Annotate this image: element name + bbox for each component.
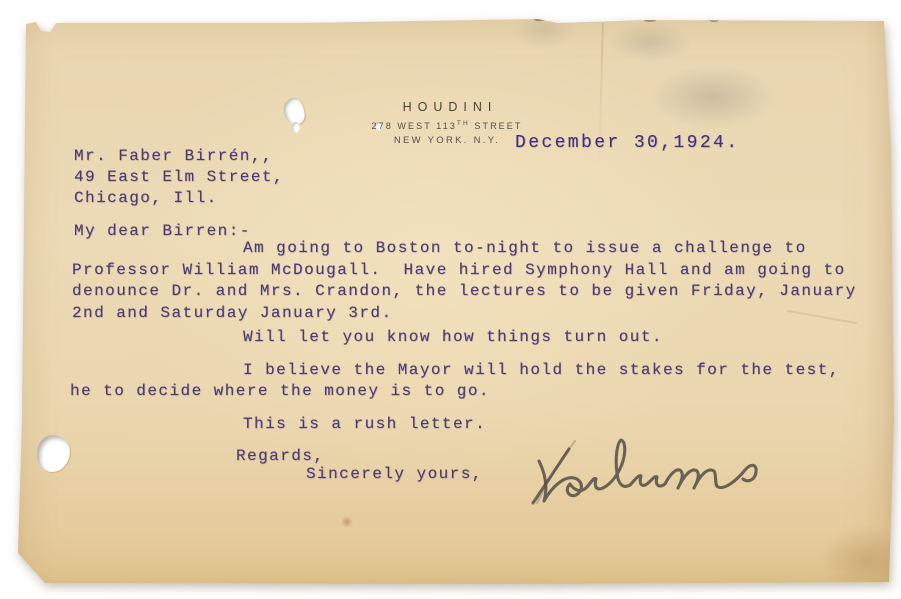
date-line: December 30,1924. — [515, 133, 739, 153]
body-line: I believe the Mayor will hold the stakes… — [243, 361, 840, 379]
letterhead-street: 278 WEST 113TH STREET — [347, 120, 547, 131]
body-line: This is a rush letter. — [243, 415, 486, 433]
body-line: Will let you know how things turn out. — [243, 328, 663, 346]
body-line: he to decide where the money is to go. — [70, 382, 490, 400]
houdini-signature — [495, 423, 815, 528]
body-line: denounce Dr. and Mrs. Crandon, the lectu… — [72, 282, 857, 300]
salutation: My dear Birren:- — [74, 222, 251, 240]
closing-valediction: Sincerely yours, — [306, 465, 483, 483]
body-line: Am going to Boston to-night to issue a c… — [243, 239, 807, 257]
punched-hole — [37, 435, 70, 472]
recipient-city: Chicago, Ill. — [74, 189, 218, 207]
letter-paper-wrap: HOUDINI 278 WEST 113TH STREET NEW YORK. … — [0, 0, 901, 599]
edge-mark — [534, 15, 550, 22]
recipient-street: 49 East Elm Street, — [74, 168, 284, 186]
body-line: 2nd and Saturday January 3rd. — [72, 304, 393, 322]
closing-regards: Regards, — [236, 447, 324, 465]
recipient-name: Mr. Faber Birrén,, — [74, 147, 273, 165]
small-tear-hole-tail — [292, 122, 300, 133]
paper-crease-right — [786, 310, 857, 324]
scanned-letter-page: HOUDINI 278 WEST 113TH STREET NEW YORK. … — [0, 0, 901, 599]
edge-mark — [644, 18, 656, 22]
letter-paper: HOUDINI 278 WEST 113TH STREET NEW YORK. … — [0, 0, 901, 599]
edge-mark — [709, 18, 719, 22]
letterhead-name: HOUDINI — [347, 100, 547, 114]
body-line: Professor William McDougall. Have hired … — [72, 261, 846, 279]
